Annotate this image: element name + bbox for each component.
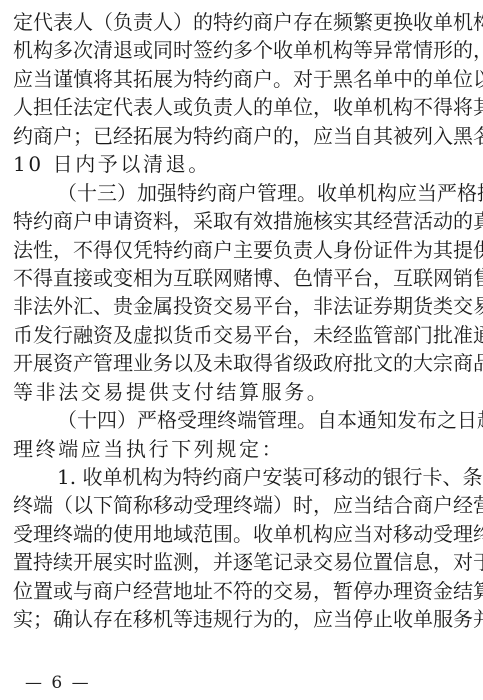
text-line: 应当谨慎将其拓展为特约商户。对于黑名单中的单位以及相关个: [13, 65, 469, 93]
text-line: 置持续开展实时监测，并逐笔记录交易位置信息，对于无法监测: [13, 548, 469, 576]
text-line: 币发行融资及虚拟货币交易平台，未经监管部门批准通过互联网: [13, 321, 469, 349]
text-line: 约商户；已经拓展为特约商户的，应当自其被列入黑名单之日起: [13, 122, 469, 150]
text-line: 人担任法定代表人或负责人的单位，收单机构不得将其拓展为特: [13, 93, 469, 121]
document-page: 定代表人（负责人）的特约商户存在频繁更换收单机构、被收单机构多次清退或同时签约多…: [13, 8, 471, 634]
text-line: 终端（以下简称移动受理终端）时，应当结合商户经营地址限定: [13, 491, 469, 519]
text-line: 非法外汇、贵金属投资交易平台，非法证券期货类交易平台，代: [13, 292, 469, 320]
text-line: 特约商户申请资料，采取有效措施核实其经营活动的真实性和合: [13, 207, 469, 235]
text-line: 实；确认存在移机等违规行为的，应当停止收单服务并收回受理: [13, 605, 469, 633]
text-line: 理终端应当执行下列规定：: [13, 435, 471, 463]
text-line: 开展资产管理业务以及未取得省级政府批文的大宗商品交易场所: [13, 349, 469, 377]
text-line: 不得直接或变相为互联网赌博、色情平台，互联网销售彩票平台，: [13, 264, 469, 292]
text-line: 10 日内予以清退。: [13, 150, 471, 178]
text-line: 定代表人（负责人）的特约商户存在频繁更换收单机构、被收单: [13, 8, 469, 36]
text-line: 机构多次清退或同时签约多个收单机构等异常情形的，收单机构: [13, 36, 469, 64]
text-line: 受理终端的使用地域范围。收单机构应当对移动受理终端所处位: [13, 520, 469, 548]
paragraph-first-line: （十四）严格受理终端管理。自本通知发布之日起，对于受: [13, 406, 469, 434]
text-line: 位置或与商户经营地址不符的交易，暂停办理资金结算并立即核: [13, 577, 469, 605]
paragraph-first-line: 1. 收单机构为特约商户安装可移动的银行卡、条码支付受理: [13, 463, 469, 491]
paragraph-first-line: （十三）加强特约商户管理。收单机构应当严格按规定审核: [13, 179, 469, 207]
text-line: 法性，不得仅凭特约商户主要负责人身份证件为其提供收单服务。: [13, 236, 469, 264]
page-number: — 6 —: [25, 673, 91, 693]
text-line: 等非法交易提供支付结算服务。: [13, 378, 471, 406]
